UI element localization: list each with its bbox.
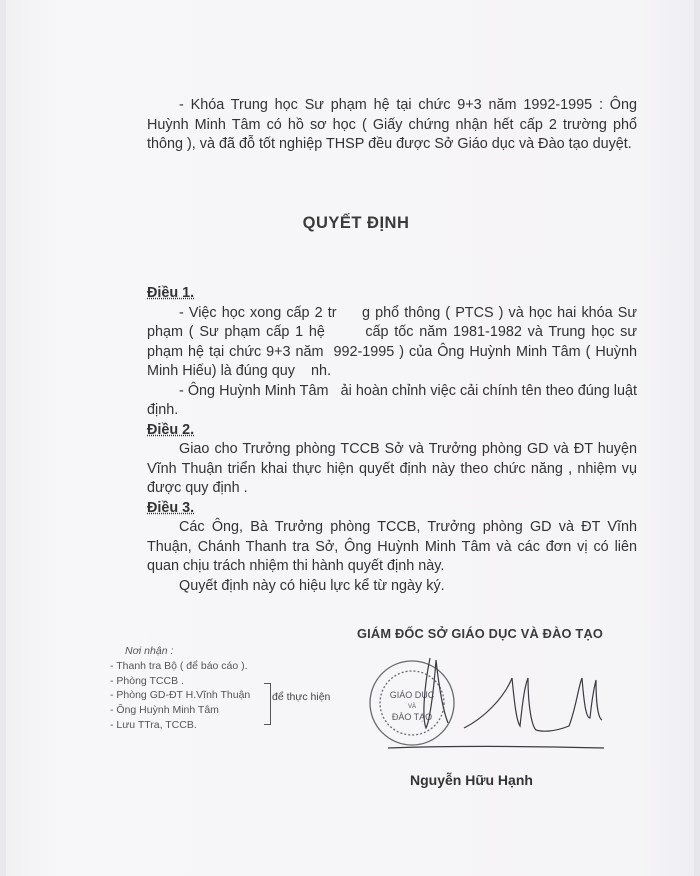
recipient-item: - Ông Huỳnh Minh Tâm bbox=[110, 703, 250, 718]
recipients-list: Nơi nhận : - Thanh tra Bộ ( để báo cáo )… bbox=[110, 644, 250, 733]
svg-text:VÀ: VÀ bbox=[408, 703, 416, 710]
document-title: QUYẾT ĐỊNH bbox=[6, 214, 700, 233]
official-stamp-and-signature-icon: GIÁO DỤC VÀ ĐÀO TẠO bbox=[364, 648, 604, 763]
articles-section: Điều 1. - Việc học xong cấp 2 tr g phổ t… bbox=[147, 284, 637, 596]
svg-text:ĐÀO TẠO: ĐÀO TẠO bbox=[392, 712, 432, 722]
article-3-paragraph-2: Quyết định này có hiệu lực kể từ ngày ký… bbox=[147, 577, 637, 597]
article-3-paragraph-1: Các Ông, Bà Trưởng phòng TCCB, Trưởng ph… bbox=[147, 518, 637, 577]
recipient-item: - Lưu TTra, TCCB. bbox=[110, 718, 250, 733]
article-1-heading: Điều 1. bbox=[147, 284, 637, 304]
signer-name: Nguyễn Hữu Hạnh bbox=[410, 772, 533, 788]
intro-paragraph: - Khóa Trung học Sư phạm hệ tại chức 9+3… bbox=[147, 96, 637, 155]
article-3-heading: Điều 3. bbox=[147, 499, 637, 519]
recipients-bracket-label: để thực hiện bbox=[272, 691, 330, 703]
stamp-text-1: GIÁO DỤC bbox=[390, 690, 435, 700]
recipient-item: - Thanh tra Bộ ( để báo cáo ). bbox=[110, 659, 250, 674]
article-1-paragraph-2: - Ông Huỳnh Minh Tâm ải hoàn chỉnh việc … bbox=[147, 382, 637, 421]
recipient-item: - Phòng GD-ĐT H.Vĩnh Thuận bbox=[110, 688, 250, 703]
stamp-icon bbox=[370, 661, 454, 745]
article-2-paragraph-1: Giao cho Trưởng phòng TCCB Sở và Trưởng … bbox=[147, 440, 637, 499]
article-2-heading: Điều 2. bbox=[147, 421, 637, 441]
scanned-document-page: - Khóa Trung học Sư phạm hệ tại chức 9+3… bbox=[0, 0, 700, 876]
signer-title: GIÁM ĐỐC SỞ GIÁO DỤC VÀ ĐÀO TẠO bbox=[357, 626, 603, 641]
recipients-label: Nơi nhận : bbox=[110, 644, 250, 659]
recipient-item: - Phòng TCCB . bbox=[110, 674, 250, 689]
recipients-bracket bbox=[264, 683, 271, 725]
article-1-paragraph-1: - Việc học xong cấp 2 tr g phổ thông ( P… bbox=[147, 304, 637, 382]
